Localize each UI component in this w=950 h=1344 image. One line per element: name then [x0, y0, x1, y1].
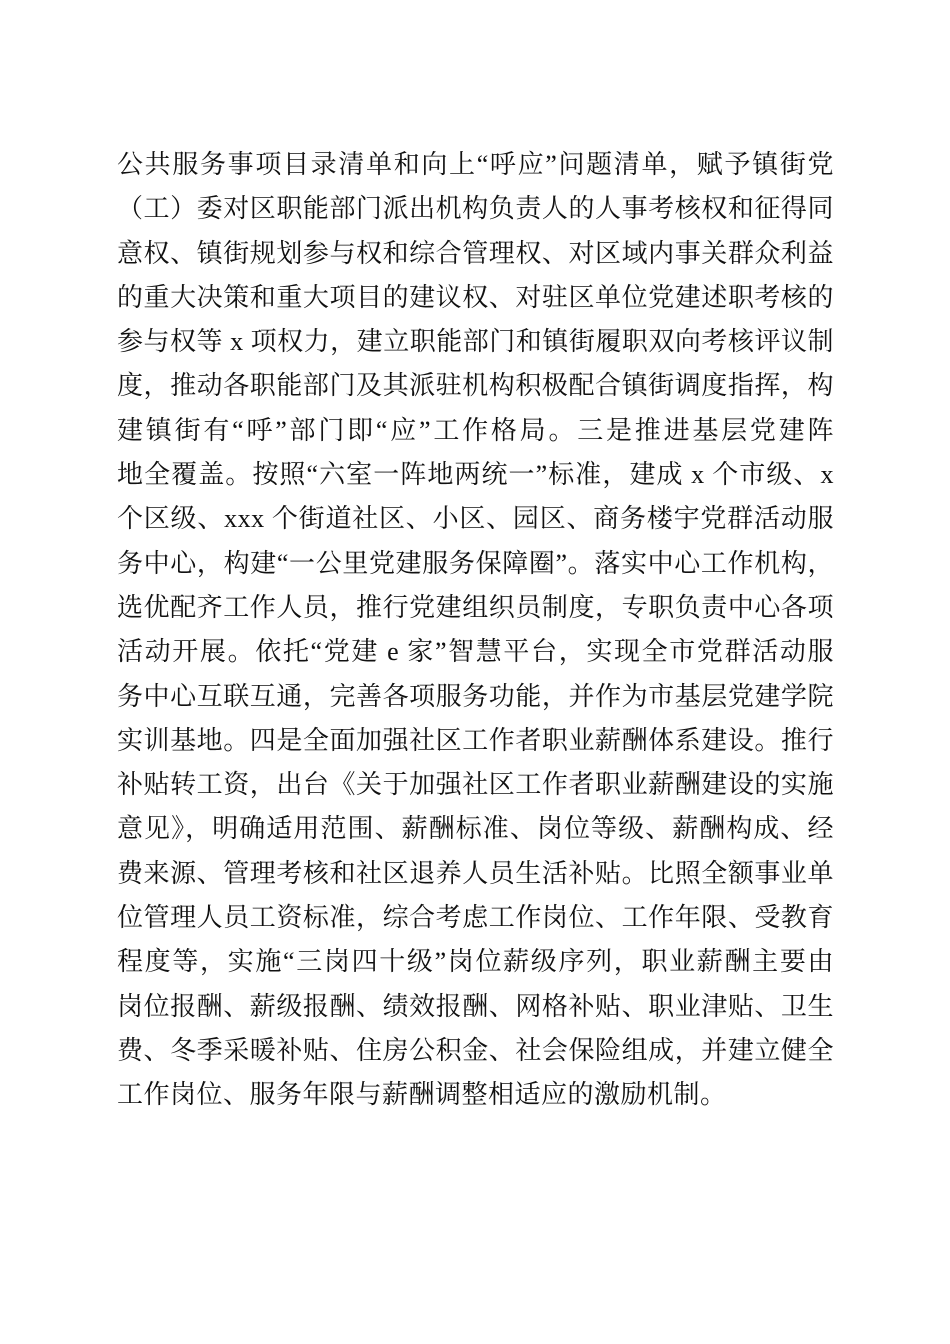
text-line: 程度等，实施“三岗四十级”岗位薪级序列，职业薪酬主要由 [117, 940, 834, 984]
text-line: 务中心互联互通，完善各项服务功能，并作为市基层党建学院 [117, 675, 834, 719]
text-line: （工）委对区职能部门派出机构负责人的人事考核权和征得同 [117, 187, 834, 231]
text-line: 地全覆盖。按照“六室一阵地两统一”标准，建成 x 个市级、x [117, 453, 834, 497]
text-line: 的重大决策和重大项目的建议权、对驻区单位党建述职考核的 [117, 276, 834, 320]
text-line: 费来源、管理考核和社区退养人员生活补贴。比照全额事业单 [117, 852, 834, 896]
text-line: 费、冬季采暖补贴、住房公积金、社会保险组成，并建立健全 [117, 1029, 834, 1073]
paragraph-body: 公共服务事项目录清单和向上“呼应”问题清单，赋予镇街党 （工）委对区职能部门派出… [117, 143, 834, 1118]
document-page: 公共服务事项目录清单和向上“呼应”问题清单，赋予镇街党 （工）委对区职能部门派出… [0, 0, 950, 1344]
text-line: 选优配齐工作人员，推行党建组织员制度，专职负责中心各项 [117, 586, 834, 630]
text-line: 意见》，明确适用范围、薪酬标准、岗位等级、薪酬构成、经 [117, 807, 834, 851]
text-line: 度，推动各职能部门及其派驻机构积极配合镇街调度指挥，构 [117, 364, 834, 408]
text-line: 意权、镇街规划参与权和综合管理权、对区域内事关群众利益 [117, 232, 834, 276]
text-line: 建镇街有“呼”部门即“应”工作格局。三是推进基层党建阵 [117, 409, 834, 453]
text-line: 活动开展。依托“党建 e 家”智慧平台，实现全市党群活动服 [117, 630, 834, 674]
text-line: 实训基地。四是全面加强社区工作者职业薪酬体系建设。推行 [117, 719, 834, 763]
text-line: 补贴转工资，出台《关于加强社区工作者职业薪酬建设的实施 [117, 763, 834, 807]
text-line: 岗位报酬、薪级报酬、绩效报酬、网格补贴、职业津贴、卫生 [117, 985, 834, 1029]
text-line: 位管理人员工资标准，综合考虑工作岗位、工作年限、受教育 [117, 896, 834, 940]
text-line: 公共服务事项目录清单和向上“呼应”问题清单，赋予镇街党 [117, 143, 834, 187]
text-line: 个区级、xxx 个街道社区、小区、园区、商务楼宇党群活动服 [117, 497, 834, 541]
text-line: 务中心，构建“一公里党建服务保障圈”。落实中心工作机构， [117, 542, 834, 586]
text-line: 参与权等 x 项权力，建立职能部门和镇街履职双向考核评议制 [117, 320, 834, 364]
text-line: 工作岗位、服务年限与薪酬调整相适应的激励机制。 [117, 1073, 834, 1117]
